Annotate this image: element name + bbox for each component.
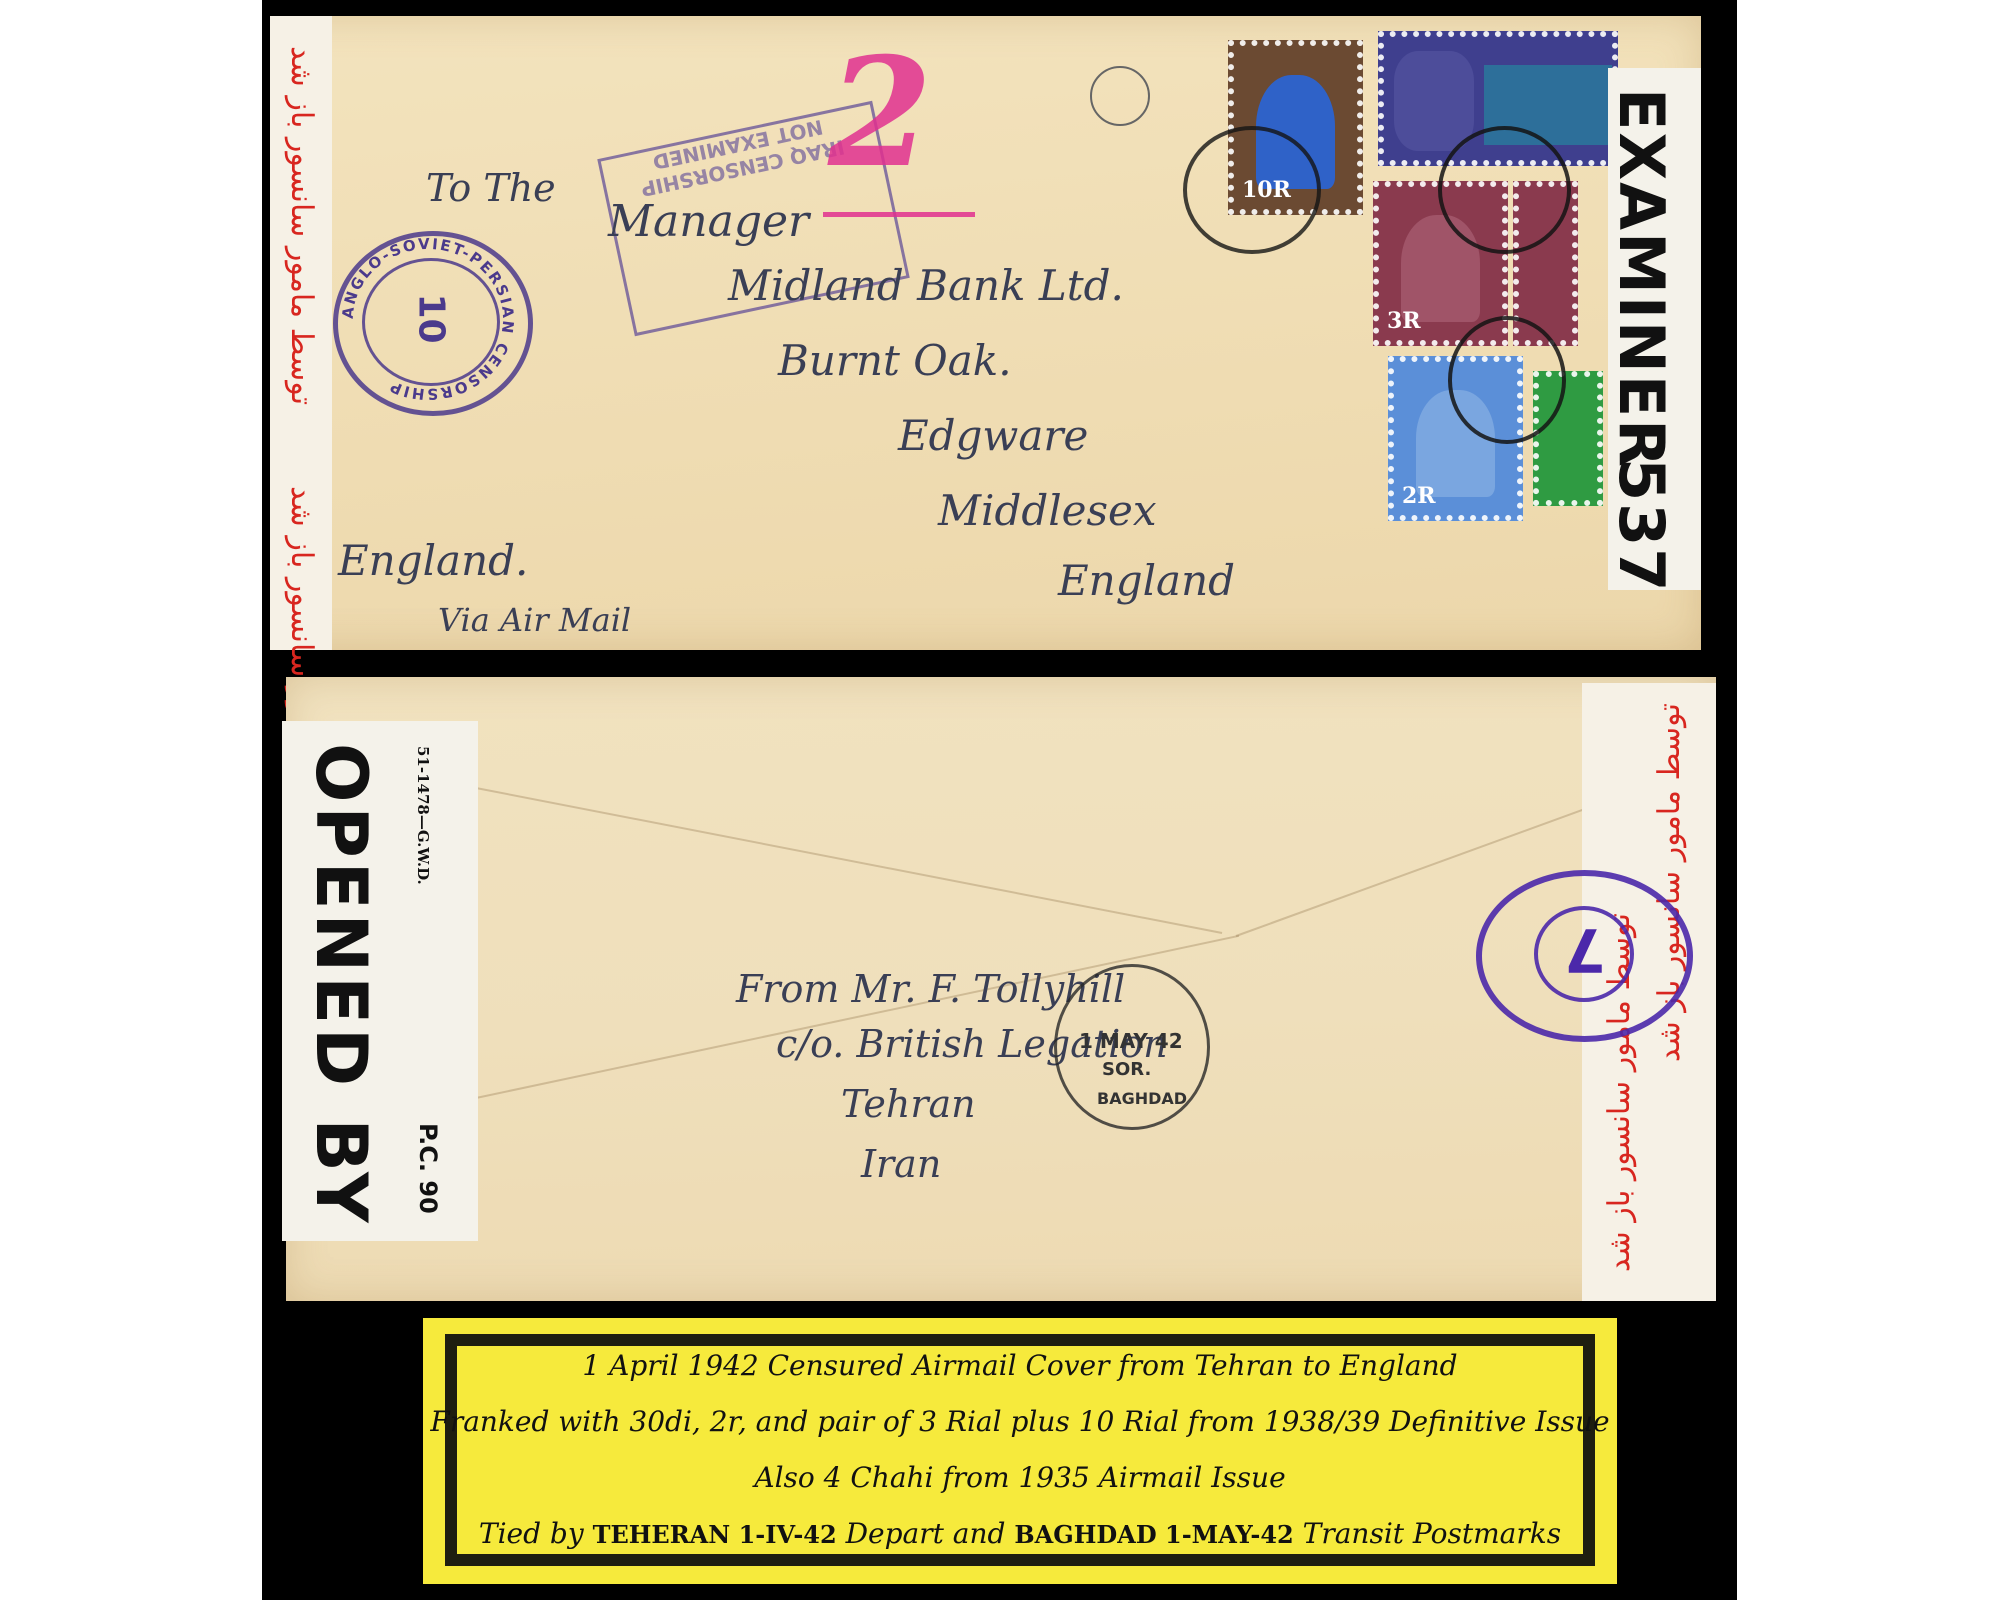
opened-by-text: OPENED BY	[300, 743, 382, 1227]
teheran-postmark-2	[1438, 126, 1571, 254]
persian-censor-tape-left: توسط مامور سانسور باز شد توسط مامور سانس…	[270, 16, 332, 650]
left-note-country: England.	[338, 536, 528, 585]
postage-due-mark: 2	[828, 38, 932, 188]
back-cover: OPENED BY 51-1478—G.W.D. P.C. 90 From Mr…	[286, 677, 1716, 1301]
examiner-number: 537	[1605, 458, 1678, 593]
teheran-postmark-1	[1183, 126, 1321, 254]
address-line-4: Burnt Oak.	[778, 336, 1012, 385]
front-cover: توسط مامور سانسور باز شد توسط مامور سانس…	[278, 16, 1701, 650]
address-line-5: Edgware	[898, 411, 1088, 460]
baghdad-transit-postmark: 1 MAY 42 SOR. BAGHDAD	[1054, 964, 1210, 1130]
opened-by-number: P.C. 90	[414, 1123, 442, 1214]
caption-label: 1 April 1942 Censured Airmail Cover from…	[423, 1318, 1617, 1584]
baghdad-postmark-city: BAGHDAD	[1097, 1089, 1187, 1108]
sender-line-3: Tehran	[841, 1082, 976, 1126]
examiner-text: EXAMINER	[1605, 88, 1678, 469]
soviet-censor-number: 7	[1564, 914, 1606, 984]
address-line-7: England	[1058, 556, 1235, 605]
sender-line-4: Iran	[861, 1142, 941, 1186]
round-censor-stamp: ANGLO-SOVIET-PERSIAN CENSORSHIP 10	[333, 231, 533, 416]
teheran-postmark-3	[1448, 316, 1566, 444]
small-circle-mark	[1090, 66, 1150, 126]
caption-line-3: Also 4 Chahi from 1935 Airmail Issue	[754, 1453, 1285, 1503]
caption-line-1: 1 April 1942 Censured Airmail Cover from…	[582, 1341, 1457, 1391]
baghdad-postmark-sub: SOR.	[1102, 1059, 1151, 1080]
opened-by-code: 51-1478—G.W.D.	[414, 746, 432, 885]
address-line-1: To The	[426, 166, 556, 210]
address-line-2: Manager	[608, 196, 809, 247]
baghdad-postmark-date: 1 MAY 42	[1079, 1029, 1183, 1053]
address-line-3: Midland Bank Ltd.	[728, 261, 1124, 310]
examiner-censor-label: EXAMINER 537	[1608, 68, 1701, 590]
postage-due-underline	[823, 212, 975, 217]
caption-line-2: Franked with 30di, 2r, and pair of 3 Ria…	[430, 1397, 1609, 1447]
caption-line-4: Tied by TEHERAN 1-IV-42 Depart and BAGHD…	[479, 1509, 1561, 1560]
address-line-6: Middlesex	[938, 486, 1157, 535]
soviet-censor-stamp: 7	[1476, 870, 1693, 1042]
left-note-routing: Via Air Mail	[438, 601, 631, 639]
opened-by-censor-label: OPENED BY 51-1478—G.W.D. P.C. 90	[282, 721, 478, 1241]
round-censor-number: 10	[411, 293, 452, 343]
persian-tape-text: توسط مامور سانسور باز شد	[284, 46, 319, 405]
